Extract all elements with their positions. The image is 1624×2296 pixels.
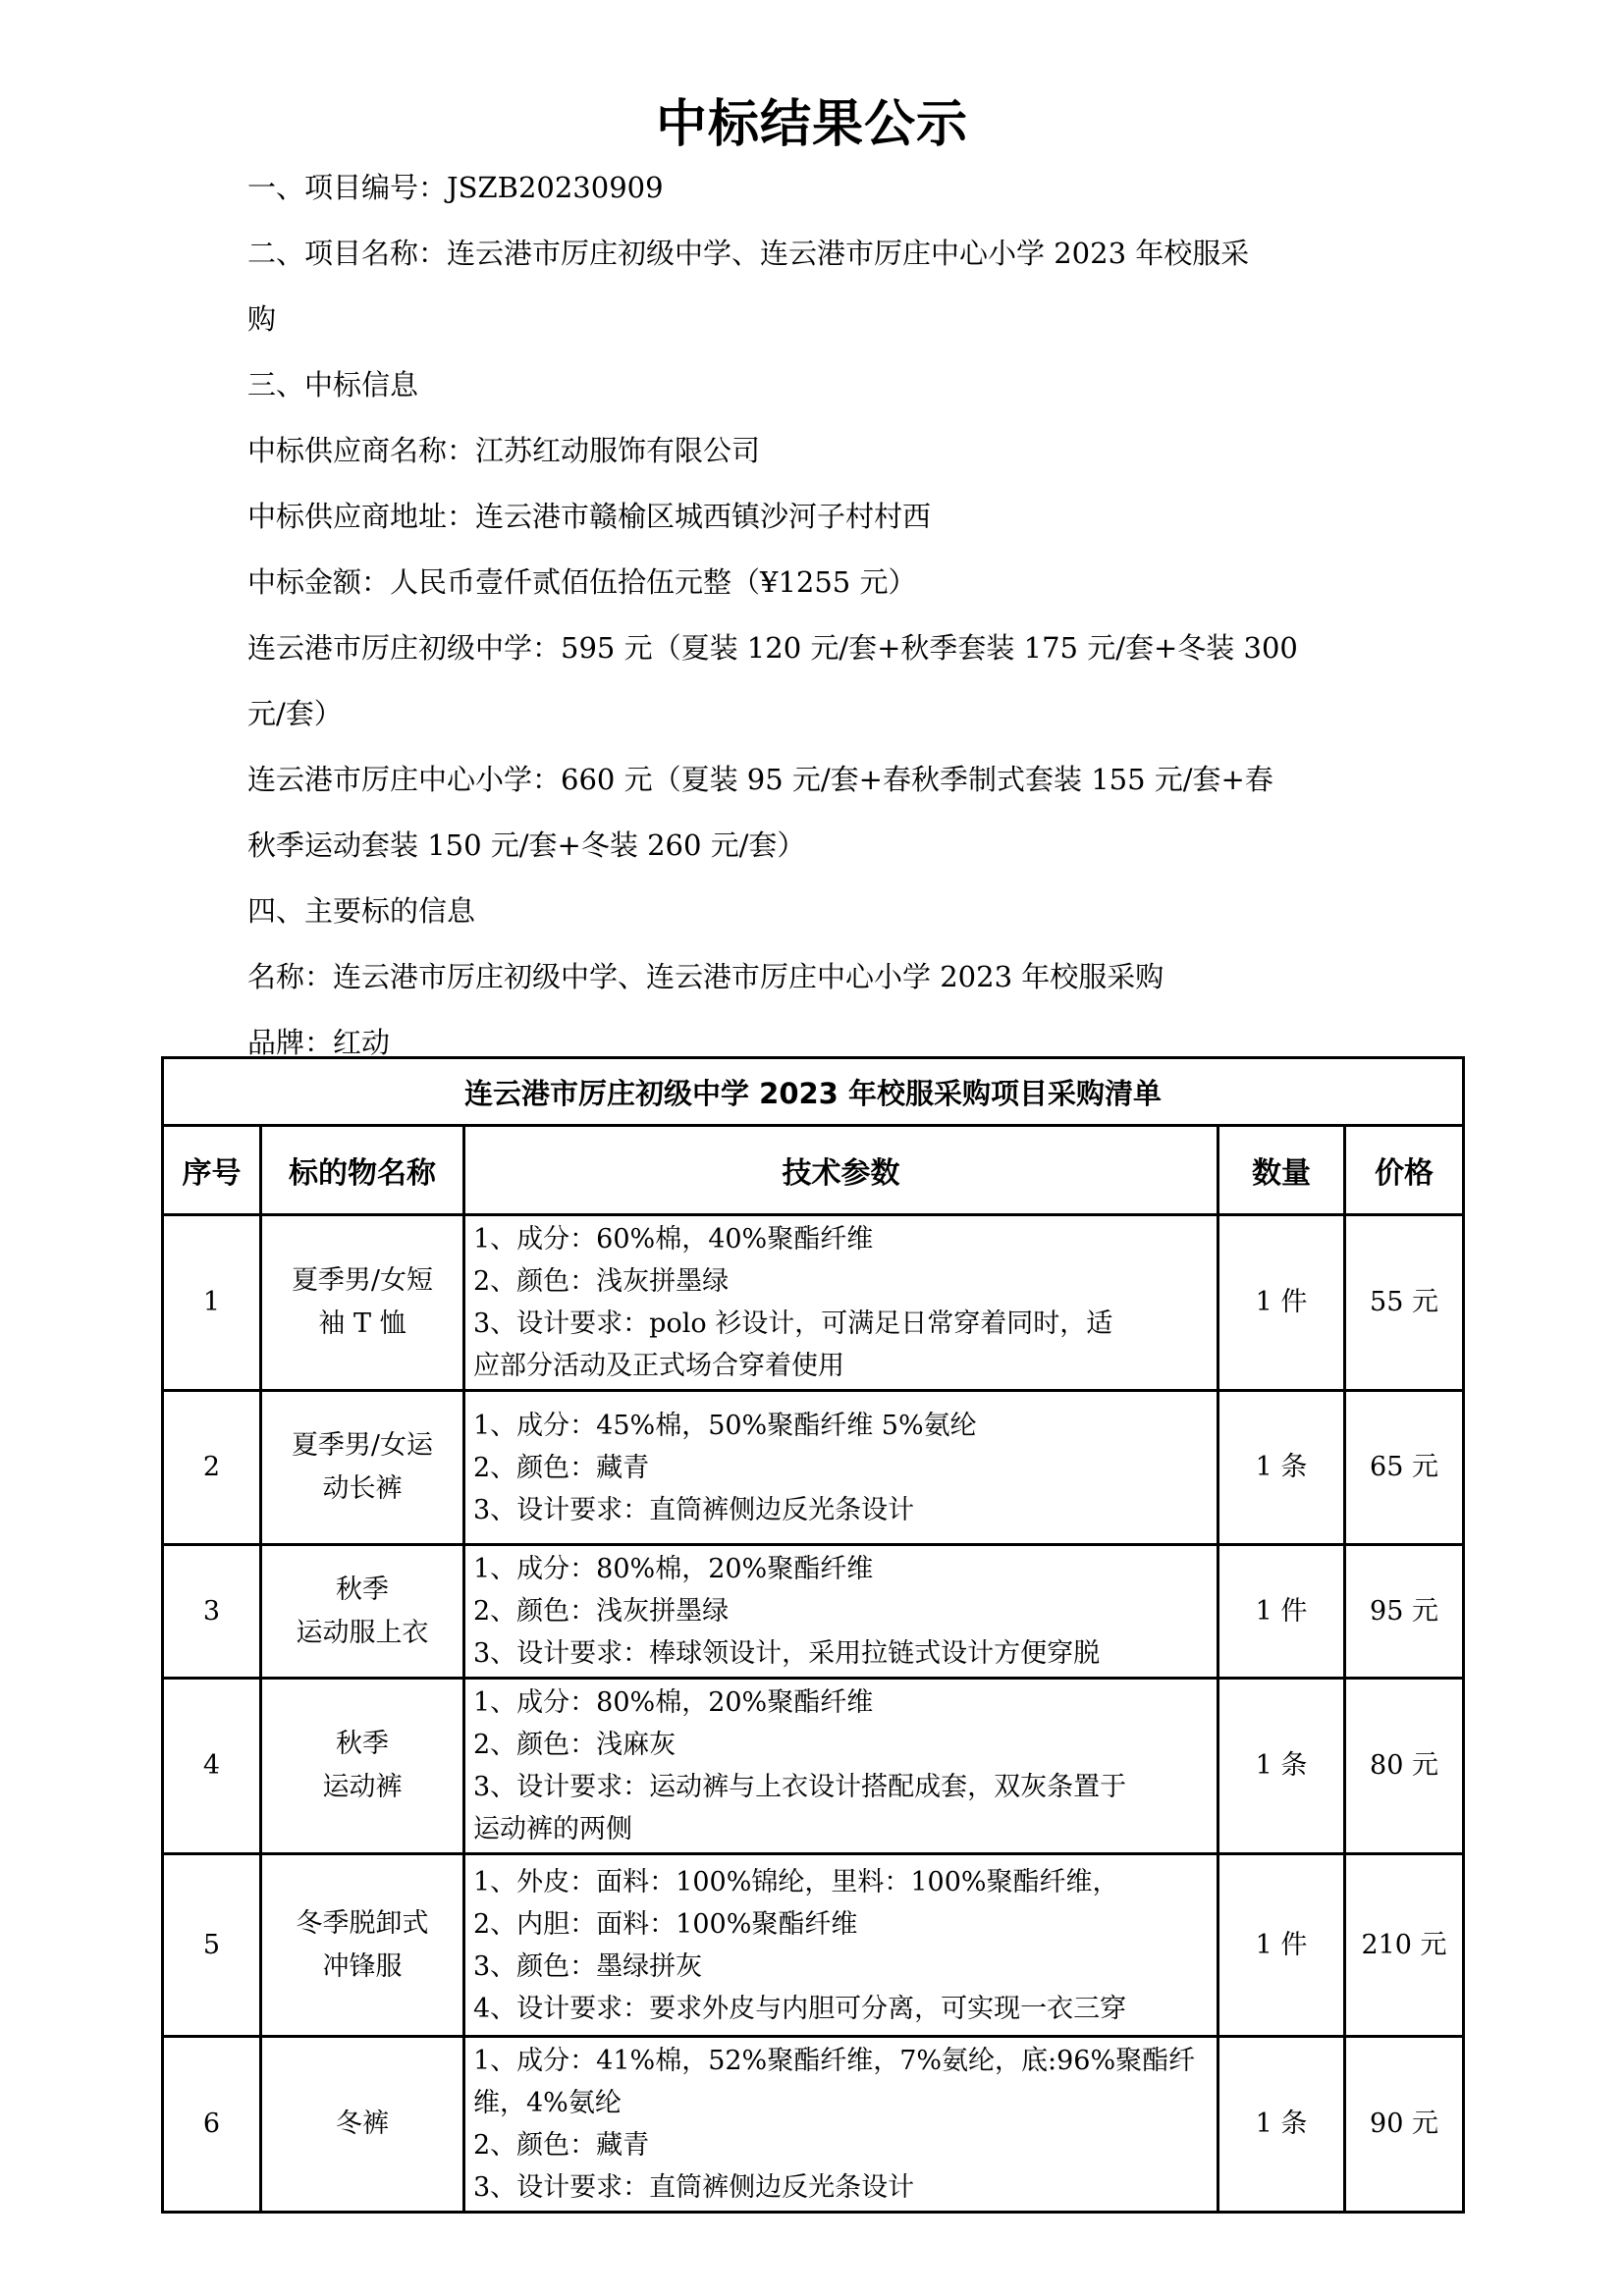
table-caption: 连云港市厉庄初级中学 2023 年校服采购项目采购清单 xyxy=(163,1058,1464,1126)
row-quantity: 1 件 xyxy=(1218,1854,1345,2037)
row-item-name: 夏季男/女运 动长裤 xyxy=(261,1391,464,1545)
table-row: 4 秋季 运动裤 1、成分：80%棉，20%聚酯纤维 2、颜色：浅麻灰 3、设计… xyxy=(163,1679,1464,1854)
section-heading-bid-info: 三、中标信息 xyxy=(247,352,1396,418)
project-name-line-cont: 购 xyxy=(247,287,1396,352)
table-header-row: 序号 标的物名称 技术参数 数量 价格 xyxy=(163,1126,1464,1215)
page-title: 中标结果公示 xyxy=(0,93,1624,156)
bid-amount-line: 中标金额：人民币壹仟贰佰伍拾伍元整（¥1255 元） xyxy=(247,550,1396,615)
row-no: 6 xyxy=(163,2037,261,2213)
header-tech-params: 技术参数 xyxy=(464,1126,1218,1215)
row-tech-params: 1、成分：80%棉，20%聚酯纤维 2、颜色：浅麻灰 3、设计要求：运动裤与上衣… xyxy=(464,1679,1218,1854)
row-quantity: 1 条 xyxy=(1218,1679,1345,1854)
table-row: 5 冬季脱卸式 冲锋服 1、外皮：面料：100%锦纶，里料：100%聚酯纤维， … xyxy=(163,1854,1464,2037)
project-name-line: 二、项目名称：连云港市厉庄初级中学、连云港市厉庄中心小学 2023 年校服采 xyxy=(247,221,1396,287)
announcement-body: 一、项目编号：JSZB20230909 二、项目名称：连云港市厉庄初级中学、连云… xyxy=(247,155,1396,1076)
row-item-name: 冬季脱卸式 冲锋服 xyxy=(261,1854,464,2037)
header-quantity: 数量 xyxy=(1218,1126,1345,1215)
row-no: 2 xyxy=(163,1391,261,1545)
table-row: 1 夏季男/女短 袖 T 恤 1、成分：60%棉，40%聚酯纤维 2、颜色：浅灰… xyxy=(163,1215,1464,1391)
row-no: 1 xyxy=(163,1215,261,1391)
row-item-name: 秋季 运动裤 xyxy=(261,1679,464,1854)
row-tech-params: 1、外皮：面料：100%锦纶，里料：100%聚酯纤维， 2、内胆：面料：100%… xyxy=(464,1854,1218,2037)
row-quantity: 1 条 xyxy=(1218,1391,1345,1545)
row-item-name: 秋季 运动服上衣 xyxy=(261,1545,464,1679)
header-item-name: 标的物名称 xyxy=(261,1126,464,1215)
table-row: 2 夏季男/女运 动长裤 1、成分：45%棉，50%聚酯纤维 5%氨纶 2、颜色… xyxy=(163,1391,1464,1545)
project-number-line: 一、项目编号：JSZB20230909 xyxy=(247,155,1396,221)
row-tech-params: 1、成分：80%棉，20%聚酯纤维 2、颜色：浅灰拼墨绿 3、设计要求：棒球领设… xyxy=(464,1545,1218,1679)
row-no: 5 xyxy=(163,1854,261,2037)
row-price: 80 元 xyxy=(1345,1679,1464,1854)
item-name-line: 名称：连云港市厉庄初级中学、连云港市厉庄中心小学 2023 年校服采购 xyxy=(247,944,1396,1010)
row-price: 95 元 xyxy=(1345,1545,1464,1679)
row-price: 90 元 xyxy=(1345,2037,1464,2213)
procurement-table: 连云港市厉庄初级中学 2023 年校服采购项目采购清单 序号 标的物名称 技术参… xyxy=(161,1056,1465,2214)
middle-school-price-line-cont: 元/套） xyxy=(247,681,1396,747)
table-row: 6 冬裤 1、成分：41%棉，52%聚酯纤维，7%氨纶，底:96%聚酯纤 维，4… xyxy=(163,2037,1464,2213)
supplier-name-line: 中标供应商名称：江苏红动服饰有限公司 xyxy=(247,418,1396,484)
row-price: 55 元 xyxy=(1345,1215,1464,1391)
row-quantity: 1 件 xyxy=(1218,1545,1345,1679)
row-no: 3 xyxy=(163,1545,261,1679)
row-quantity: 1 条 xyxy=(1218,2037,1345,2213)
header-no: 序号 xyxy=(163,1126,261,1215)
primary-school-price-line-cont: 秋季运动套装 150 元/套+冬装 260 元/套） xyxy=(247,813,1396,879)
row-price: 210 元 xyxy=(1345,1854,1464,2037)
row-quantity: 1 件 xyxy=(1218,1215,1345,1391)
section-heading-main-items: 四、主要标的信息 xyxy=(247,879,1396,944)
row-tech-params: 1、成分：41%棉，52%聚酯纤维，7%氨纶，底:96%聚酯纤 维，4%氨纶 2… xyxy=(464,2037,1218,2213)
middle-school-price-line: 连云港市厉庄初级中学：595 元（夏装 120 元/套+秋季套装 175 元/套… xyxy=(247,615,1396,681)
table-row: 3 秋季 运动服上衣 1、成分：80%棉，20%聚酯纤维 2、颜色：浅灰拼墨绿 … xyxy=(163,1545,1464,1679)
primary-school-price-line: 连云港市厉庄中心小学：660 元（夏装 95 元/套+春秋季制式套装 155 元… xyxy=(247,747,1396,813)
row-item-name: 夏季男/女短 袖 T 恤 xyxy=(261,1215,464,1391)
row-price: 65 元 xyxy=(1345,1391,1464,1545)
row-item-name: 冬裤 xyxy=(261,2037,464,2213)
row-no: 4 xyxy=(163,1679,261,1854)
row-tech-params: 1、成分：60%棉，40%聚酯纤维 2、颜色：浅灰拼墨绿 3、设计要求：polo… xyxy=(464,1215,1218,1391)
supplier-address-line: 中标供应商地址：连云港市赣榆区城西镇沙河子村村西 xyxy=(247,484,1396,550)
row-tech-params: 1、成分：45%棉，50%聚酯纤维 5%氨纶 2、颜色：藏青 3、设计要求：直筒… xyxy=(464,1391,1218,1545)
header-price: 价格 xyxy=(1345,1126,1464,1215)
